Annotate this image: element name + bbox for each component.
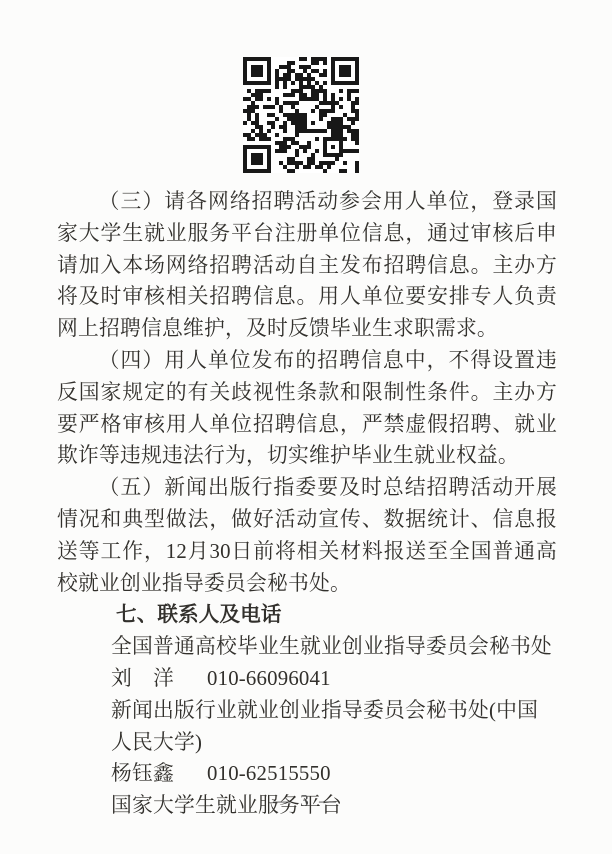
- contact-person-name: 杨钰鑫: [111, 758, 207, 790]
- list-item: 全国普通高校毕业生就业创业指导委员会秘书处: [111, 631, 557, 663]
- paragraph-5: （五）新闻出版行指委要及时总结招聘活动开展情况和典型做法，做好活动宣传、数据统计…: [57, 472, 557, 599]
- paragraph-4: （四）用人单位发布的招聘信息中，不得设置违反国家规定的有关歧视性条款和限制性条件…: [57, 345, 557, 472]
- contact-org: 全国普通高校毕业生就业创业指导委员会秘书处: [111, 631, 552, 663]
- contact-person-name: 刘 洋: [111, 663, 207, 695]
- paragraph-3: （三）请各网络招聘活动参会用人单位，登录国家大学生就业服务平台注册单位信息，通过…: [57, 186, 557, 345]
- contact-phone-number: 010-62515550: [207, 758, 557, 790]
- page-number: — 3 —: [0, 791, 612, 811]
- contact-org: 新闻出版行业就业创业指导委员会秘书处(中国人民大学): [111, 695, 557, 759]
- list-item: 刘 洋 010-66096041: [111, 663, 557, 695]
- document-page: （三）请各网络招聘活动参会用人单位，登录国家大学生就业服务平台注册单位信息，通过…: [0, 0, 612, 854]
- contact-phone-number: 010-66096041: [207, 663, 557, 695]
- qr-code-image: [243, 57, 359, 173]
- list-item: 新闻出版行业就业创业指导委员会秘书处(中国人民大学): [111, 695, 557, 759]
- document-body: （三）请各网络招聘活动参会用人单位，登录国家大学生就业服务平台注册单位信息，通过…: [57, 186, 557, 822]
- list-item: 杨钰鑫 010-62515550: [111, 758, 557, 790]
- section-heading-contacts: 七、联系人及电话: [116, 599, 557, 631]
